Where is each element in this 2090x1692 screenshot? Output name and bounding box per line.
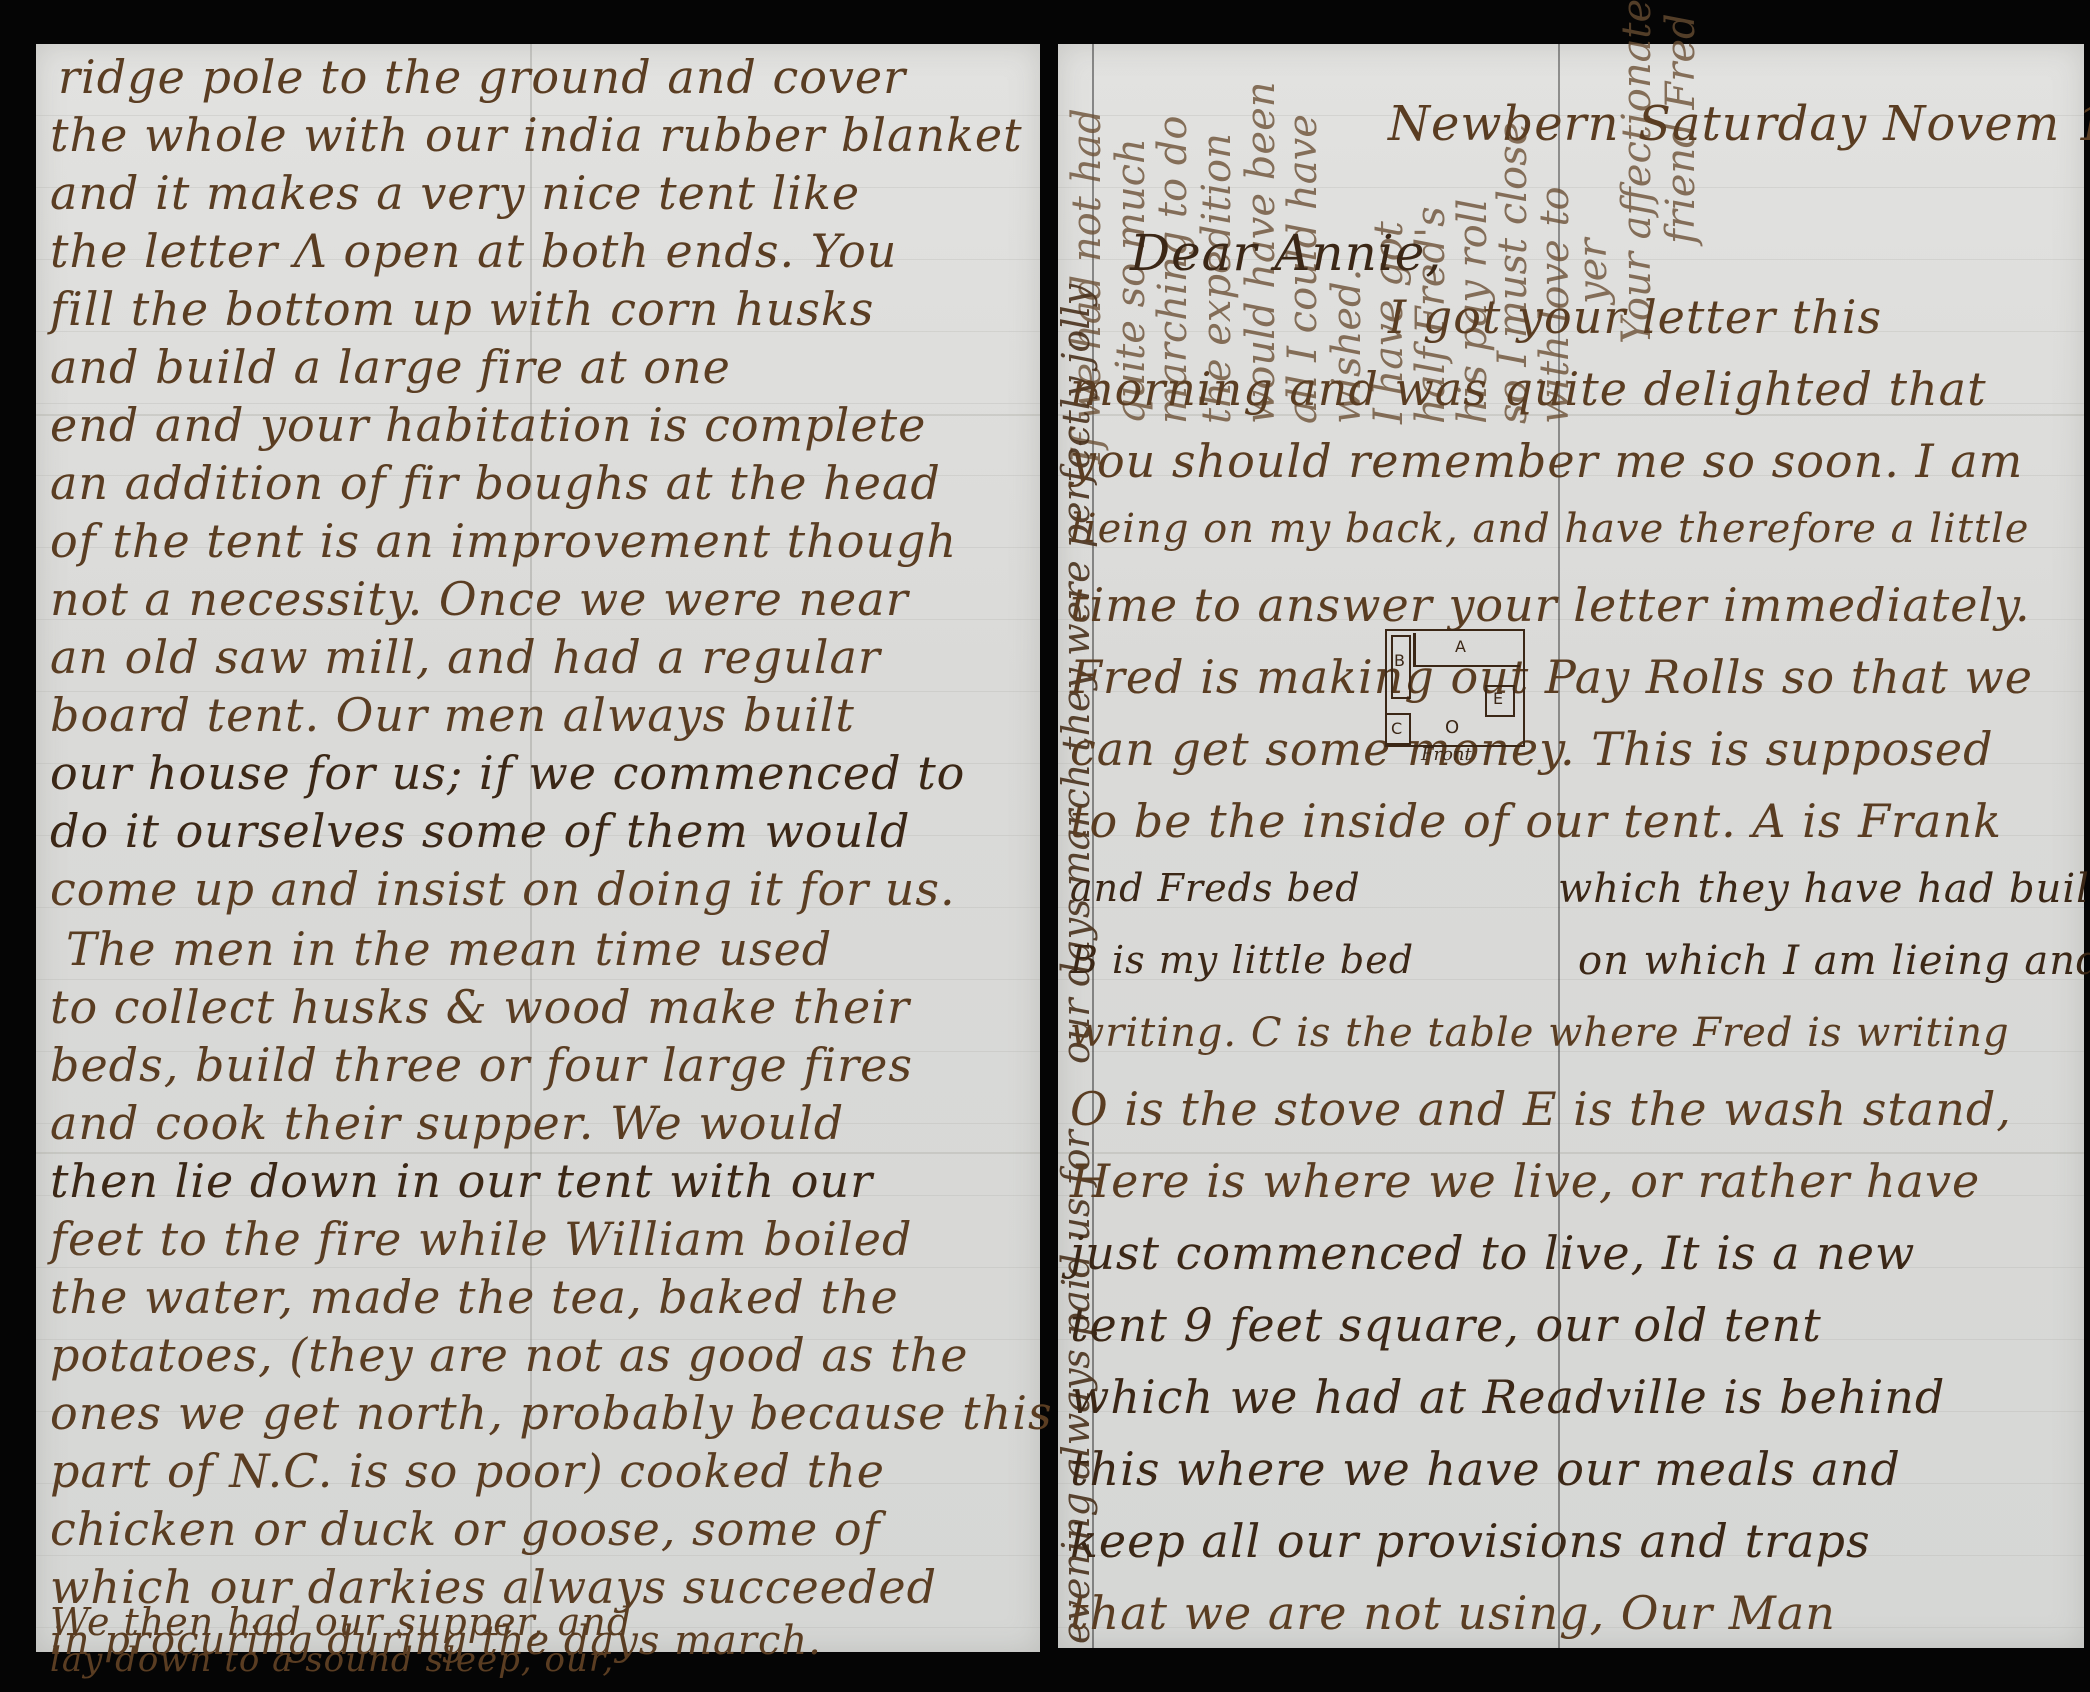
letter-line: feet to the fire while William boiled [50, 1212, 912, 1266]
letter-line: an addition of fir boughs at the head [50, 456, 941, 510]
letter-line: B is my little bed [1070, 938, 1414, 982]
letter-line: The men in the mean time used [66, 922, 832, 976]
letter-line: which they have had built [1558, 866, 2090, 912]
letter-line: and it makes a very nice tent like [50, 166, 860, 220]
letter-place: Newbern [1388, 96, 1619, 152]
letter-line: and Freds bed [1070, 866, 1361, 910]
letter-line: on which I am lieing and [1578, 938, 2090, 984]
letter-line: Fred is making out Pay Rolls so that we [1070, 650, 2033, 704]
diagram-label: A [1455, 637, 1466, 656]
letter-line: fill the bottom up with corn husks [50, 282, 874, 336]
letter-line: morning and was quite delighted that [1070, 362, 1987, 416]
letter-line: lieing on my back, and have therefore a … [1070, 506, 2029, 552]
letter-line: and cook their supper. We would [50, 1096, 844, 1150]
diagram-label: C [1391, 719, 1402, 738]
bed-a [1413, 633, 1520, 667]
letter-line: tent 9 feet square, our old tent [1070, 1298, 1822, 1352]
letter-line: beds, build three or four large fires [50, 1038, 913, 1092]
letter-line: the letter Λ open at both ends. You [50, 224, 897, 278]
letter-line: I got your letter this [1388, 290, 1882, 344]
letter-line: ones we get north, probably because this [50, 1386, 1053, 1440]
letter-date: Saturday Novem 15 [1638, 96, 2090, 152]
letter-line: come up and insist on doing it for us. [50, 862, 956, 916]
letter-line: which we had at Readville is behind [1070, 1370, 1945, 1424]
letter-line: then lie down in our tent with our [50, 1154, 873, 1208]
letter-line: ridge pole to the ground and cover [58, 50, 906, 104]
letter-line: our house for us; if we commenced to [50, 746, 965, 800]
letter-line: just commenced to live, It is a new [1070, 1226, 1915, 1280]
letter-line: O is the stove and E is the wash stand, [1070, 1082, 2012, 1136]
letter-line: to collect husks & wood make their [50, 980, 910, 1034]
letter-line: lay down to a sound sleep, our, [50, 1640, 614, 1680]
letter-line: potatoes, (they are not as good as the [50, 1328, 968, 1382]
letter-line: chicken or duck or goose, some of [50, 1502, 881, 1556]
letter-line: the whole with our india rubber blanket [50, 108, 1023, 162]
diagram-label: E [1493, 689, 1503, 708]
letter-line: part of N.C. is so poor) cooked the [50, 1444, 885, 1498]
letter-line: and build a large fire at one [50, 340, 731, 394]
letter-line: Here is where we live, or rather have [1070, 1154, 1980, 1208]
letter-line: board tent. Our men always built [50, 688, 855, 742]
letter-line: keep all our provisions and traps [1070, 1514, 1871, 1568]
letter-line: writing. C is the table where Fred is wr… [1070, 1010, 2010, 1056]
tent-floorplan-diagram: B A E C O [1385, 629, 1525, 747]
letter-line: an old saw mill, and had a regular [50, 630, 881, 684]
stove-o: O [1445, 717, 1459, 738]
letter-line: We then had our supper, and [50, 1600, 632, 1644]
letter-line: this where we have our meals and [1070, 1442, 1901, 1496]
letter-line: time to answer your letter immediately. [1070, 578, 2031, 632]
letter-line: of the tent is an improvement though [50, 514, 957, 568]
letter-page-right: If we had not had quite so much marching… [1058, 44, 2084, 1648]
letter-line: you should remember me so soon. I am [1070, 434, 2023, 488]
letter-salutation: Dear Annie, [1130, 224, 1442, 282]
diagram-label: B [1394, 651, 1405, 670]
letter-line: do it ourselves some of them would [50, 804, 910, 858]
letter-line: to be the inside of our tent. A is Frank [1070, 794, 2002, 848]
letter-line: that we are not using, Our Man [1070, 1586, 1836, 1640]
letter-line: not a necessity. Once we were near [50, 572, 909, 626]
letter-line: can get some money. This is supposed [1070, 722, 1994, 776]
letter-line: the water, made the tea, baked the [50, 1270, 899, 1324]
diagram-caption: Front [1421, 744, 1472, 765]
letter-line: end and your habitation is complete [50, 398, 926, 452]
letter-page-left: ridge pole to the ground and cover the w… [36, 44, 1040, 1652]
